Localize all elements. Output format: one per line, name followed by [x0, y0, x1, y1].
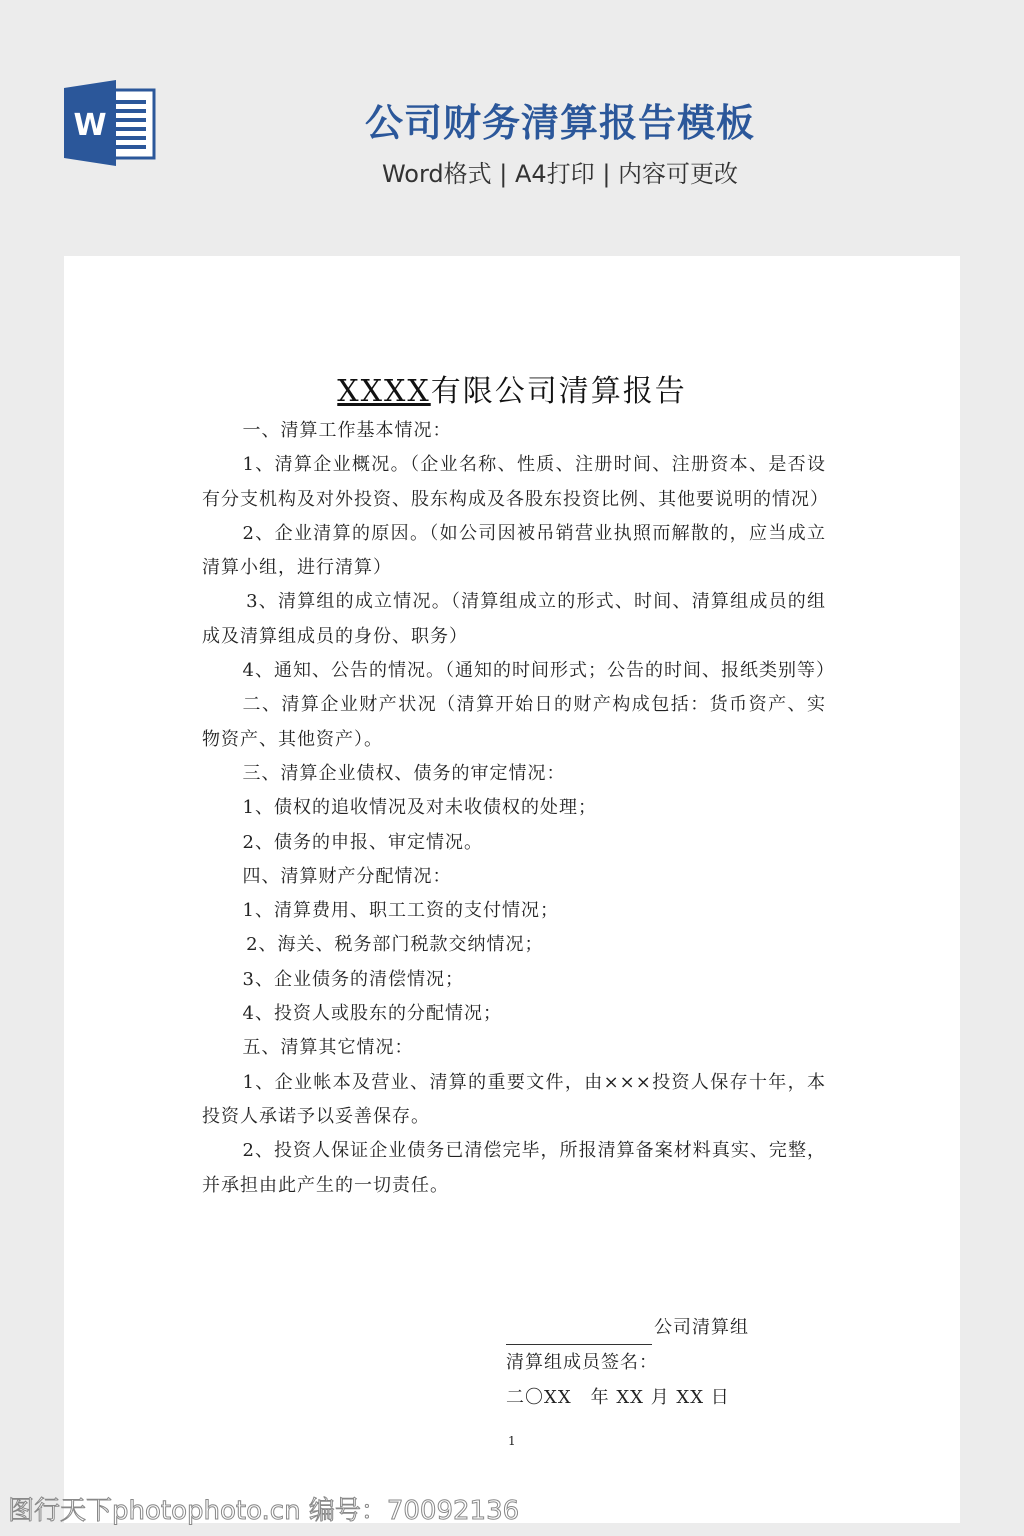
company-placeholder: XXXX [337, 374, 430, 409]
svg-text:W: W [73, 108, 106, 143]
paragraph: 1、债权的追收情况及对未收债权的处理； [202, 791, 826, 825]
signature-group-line: 公司清算组 [506, 1310, 749, 1345]
document-body: 一、清算工作基本情况： 1、清算企业概况。（企业名称、性质、注册时间、注册资本、… [202, 414, 826, 1203]
document-title-text: 有限公司清算报告 [431, 374, 687, 409]
banner-subtitle: Word格式 | A4打印 | 内容可更改 [300, 154, 820, 189]
date-line: 二〇XX 年 XX 月 XX 日 [506, 1380, 749, 1415]
paragraph: 1、企业帐本及营业、清算的重要文件，由×××投资人保存十年，本投资人承诺予以妥善… [202, 1066, 826, 1135]
paragraph: 3、企业债务的清偿情况； [202, 963, 826, 997]
paragraph: 4、通知、公告的情况。（通知的时间形式；公告的时间、报纸类别等） [202, 654, 826, 688]
members-label: 清算组成员签名： [506, 1345, 749, 1380]
banner-header: W 公司财务清算报告模板 Word格式 | A4打印 | 内容可更改 [0, 0, 1024, 256]
group-label: 公司清算组 [654, 1317, 749, 1338]
paragraph: 1、清算企业概况。（企业名称、性质、注册时间、注册资本、是否设有分支机构及对外投… [202, 448, 826, 517]
blank-line [506, 1324, 652, 1345]
paragraph: 2、企业清算的原因。（如公司因被吊销营业执照而解散的，应当成立清算小组，进行清算… [202, 517, 826, 586]
watermark: 图行天下photophoto.cn 编号：70092136 [8, 1490, 519, 1527]
document-page: XXXX有限公司清算报告 一、清算工作基本情况： 1、清算企业概况。（企业名称、… [64, 256, 960, 1523]
section-heading: 五、清算其它情况： [202, 1031, 826, 1065]
paragraph: 2、债务的申报、审定情况。 [202, 826, 826, 860]
paragraph: 3、清算组的成立情况。（清算组成立的形式、时间、清算组成员的组成及清算组成员的身… [202, 585, 826, 654]
paragraph: 2、投资人保证企业债务已清偿完毕，所报清算备案材料真实、完整，并承担由此产生的一… [202, 1134, 826, 1203]
section-heading: 四、清算财产分配情况： [202, 860, 826, 894]
word-icon: W [64, 80, 156, 166]
section-heading: 一、清算工作基本情况： [202, 414, 826, 448]
paragraph: 1、清算费用、职工工资的支付情况； [202, 894, 826, 928]
section-heading: 三、清算企业债权、债务的审定情况： [202, 757, 826, 791]
paragraph: 4、投资人或股东的分配情况； [202, 997, 826, 1031]
banner-title: 公司财务清算报告模板 [300, 92, 820, 147]
signature-block: 公司清算组 清算组成员签名： 二〇XX 年 XX 月 XX 日 [506, 1310, 749, 1415]
page-number: 1 [508, 1434, 516, 1448]
paragraph: 2、海关、税务部门税款交纳情况； [202, 928, 826, 962]
document-title: XXXX有限公司清算报告 [64, 366, 960, 410]
section-heading: 二、清算企业财产状况（清算开始日的财产构成包括：货币资产、实物资产、其他资产）。 [202, 688, 826, 757]
